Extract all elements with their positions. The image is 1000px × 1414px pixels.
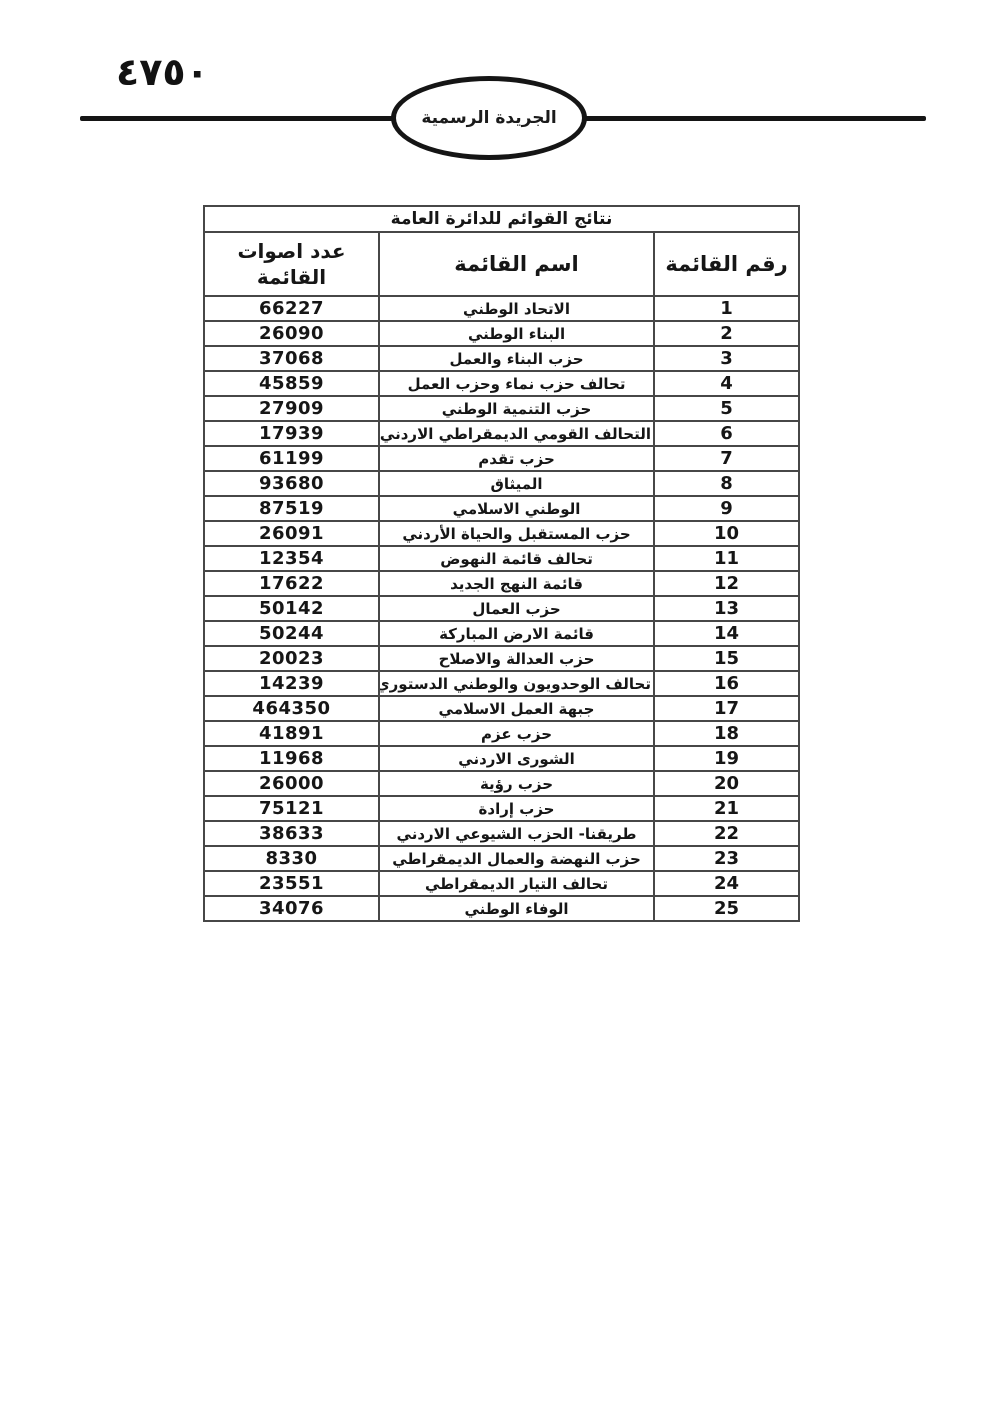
page-number: ٤٧٥٠ [116,50,209,94]
list-name-cell: حزب التنمية الوطني [379,396,654,421]
gazette-page: { "header": { "page_number": "٤٧٥٠", "ma… [0,0,1000,1414]
list-votes-cell: 17622 [204,571,379,596]
list-number-cell: 23 [654,846,799,871]
table-title: نتائج القوائم للدائرة العامة [204,206,799,232]
table-row: 14 قائمة الارض المباركة 50244 [204,621,799,646]
masthead-title: الجريدة الرسمية [421,108,556,128]
list-name-cell: حزب البناء والعمل [379,346,654,371]
list-votes-cell: 20023 [204,646,379,671]
list-votes-cell: 45859 [204,371,379,396]
list-number-cell: 6 [654,421,799,446]
table-row: 15 حزب العدالة والاصلاح 20023 [204,646,799,671]
list-votes-cell: 26000 [204,771,379,796]
list-votes-cell: 75121 [204,796,379,821]
list-number-cell: 12 [654,571,799,596]
list-votes-cell: 464350 [204,696,379,721]
list-name-cell: حزب المستقبل والحياة الأردني [379,521,654,546]
table-title-row: نتائج القوائم للدائرة العامة [204,206,799,232]
list-number-cell: 9 [654,496,799,521]
list-votes-cell: 66227 [204,296,379,321]
column-header-list-votes: عدد اصوات القائمة [204,232,379,296]
table-row: 18 حزب عزم 41891 [204,721,799,746]
list-number-cell: 18 [654,721,799,746]
list-name-cell: حزب رؤية [379,771,654,796]
list-votes-cell: 23551 [204,871,379,896]
list-number-cell: 8 [654,471,799,496]
list-votes-cell: 41891 [204,721,379,746]
column-header-list-number: رقم القائمة [654,232,799,296]
column-header-votes-line1: عدد اصوات [207,238,376,264]
list-votes-cell: 26091 [204,521,379,546]
list-name-cell: الاتحاد الوطني [379,296,654,321]
list-votes-cell: 61199 [204,446,379,471]
table-row: 1 الاتحاد الوطني 66227 [204,296,799,321]
list-votes-cell: 11968 [204,746,379,771]
list-name-cell: الميثاق [379,471,654,496]
table-row: 3 حزب البناء والعمل 37068 [204,346,799,371]
list-number-cell: 15 [654,646,799,671]
table-row: 12 قائمة النهج الجديد 17622 [204,571,799,596]
list-number-cell: 3 [654,346,799,371]
list-number-cell: 25 [654,896,799,921]
list-number-cell: 19 [654,746,799,771]
list-name-cell: حزب عزم [379,721,654,746]
list-number-cell: 16 [654,671,799,696]
table-row: 9 الوطني الاسلامي 87519 [204,496,799,521]
table-row: 20 حزب رؤية 26000 [204,771,799,796]
table-row: 16 تحالف الوحدويون والوطني الدستوري 1423… [204,671,799,696]
table-row: 2 البناء الوطني 26090 [204,321,799,346]
list-name-cell: البناء الوطني [379,321,654,346]
list-number-cell: 22 [654,821,799,846]
list-votes-cell: 17939 [204,421,379,446]
table-row: 17 جبهة العمل الاسلامي 464350 [204,696,799,721]
list-number-cell: 21 [654,796,799,821]
table-row: 6 التحالف القومي الديمقراطي الاردني 1793… [204,421,799,446]
list-name-cell: طريقنا- الحزب الشيوعي الاردني [379,821,654,846]
list-name-cell: حزب إرادة [379,796,654,821]
list-votes-cell: 14239 [204,671,379,696]
table-row: 22 طريقنا- الحزب الشيوعي الاردني 38633 [204,821,799,846]
list-name-cell: حزب النهضة والعمال الديمقراطي [379,846,654,871]
list-number-cell: 1 [654,296,799,321]
list-name-cell: حزب العمال [379,596,654,621]
list-votes-cell: 34076 [204,896,379,921]
masthead-oval: الجريدة الرسمية [391,76,587,160]
list-number-cell: 4 [654,371,799,396]
list-number-cell: 11 [654,546,799,571]
list-number-cell: 13 [654,596,799,621]
list-name-cell: تحالف التيار الديمقراطي [379,871,654,896]
list-number-cell: 14 [654,621,799,646]
list-votes-cell: 50142 [204,596,379,621]
list-number-cell: 2 [654,321,799,346]
list-name-cell: تحالف حزب نماء وحزب العمل [379,371,654,396]
list-votes-cell: 50244 [204,621,379,646]
results-table: نتائج القوائم للدائرة العامة رقم القائمة… [203,205,800,922]
table-row: 25 الوفاء الوطني 34076 [204,896,799,921]
list-votes-cell: 38633 [204,821,379,846]
list-number-cell: 20 [654,771,799,796]
table-row: 7 حزب تقدم 61199 [204,446,799,471]
results-tbody: 1 الاتحاد الوطني 66227 2 البناء الوطني 2… [204,296,799,921]
list-votes-cell: 12354 [204,546,379,571]
list-number-cell: 5 [654,396,799,421]
list-number-cell: 10 [654,521,799,546]
table-row: 4 تحالف حزب نماء وحزب العمل 45859 [204,371,799,396]
list-votes-cell: 37068 [204,346,379,371]
list-name-cell: جبهة العمل الاسلامي [379,696,654,721]
list-name-cell: الوطني الاسلامي [379,496,654,521]
list-votes-cell: 8330 [204,846,379,871]
list-number-cell: 7 [654,446,799,471]
table-header-row: رقم القائمة اسم القائمة عدد اصوات القائم… [204,232,799,296]
list-name-cell: الوفاء الوطني [379,896,654,921]
list-name-cell: تحالف الوحدويون والوطني الدستوري [379,671,654,696]
list-votes-cell: 87519 [204,496,379,521]
list-name-cell: تحالف قائمة النهوض [379,546,654,571]
list-name-cell: قائمة الارض المباركة [379,621,654,646]
list-name-cell: التحالف القومي الديمقراطي الاردني [379,421,654,446]
list-votes-cell: 93680 [204,471,379,496]
list-name-cell: حزب العدالة والاصلاح [379,646,654,671]
list-votes-cell: 26090 [204,321,379,346]
table-row: 24 تحالف التيار الديمقراطي 23551 [204,871,799,896]
table-row: 23 حزب النهضة والعمال الديمقراطي 8330 [204,846,799,871]
list-votes-cell: 27909 [204,396,379,421]
table-row: 11 تحالف قائمة النهوض 12354 [204,546,799,571]
column-header-list-name: اسم القائمة [379,232,654,296]
table-row: 13 حزب العمال 50142 [204,596,799,621]
table-row: 19 الشورى الاردني 11968 [204,746,799,771]
list-name-cell: قائمة النهج الجديد [379,571,654,596]
table-row: 5 حزب التنمية الوطني 27909 [204,396,799,421]
list-name-cell: الشورى الاردني [379,746,654,771]
masthead-rule-left [80,116,395,121]
table-row: 21 حزب إرادة 75121 [204,796,799,821]
list-number-cell: 24 [654,871,799,896]
table-row: 10 حزب المستقبل والحياة الأردني 26091 [204,521,799,546]
column-header-votes-line2: القائمة [207,264,376,290]
masthead-rule-right [583,116,926,121]
table-row: 8 الميثاق 93680 [204,471,799,496]
list-name-cell: حزب تقدم [379,446,654,471]
list-number-cell: 17 [654,696,799,721]
